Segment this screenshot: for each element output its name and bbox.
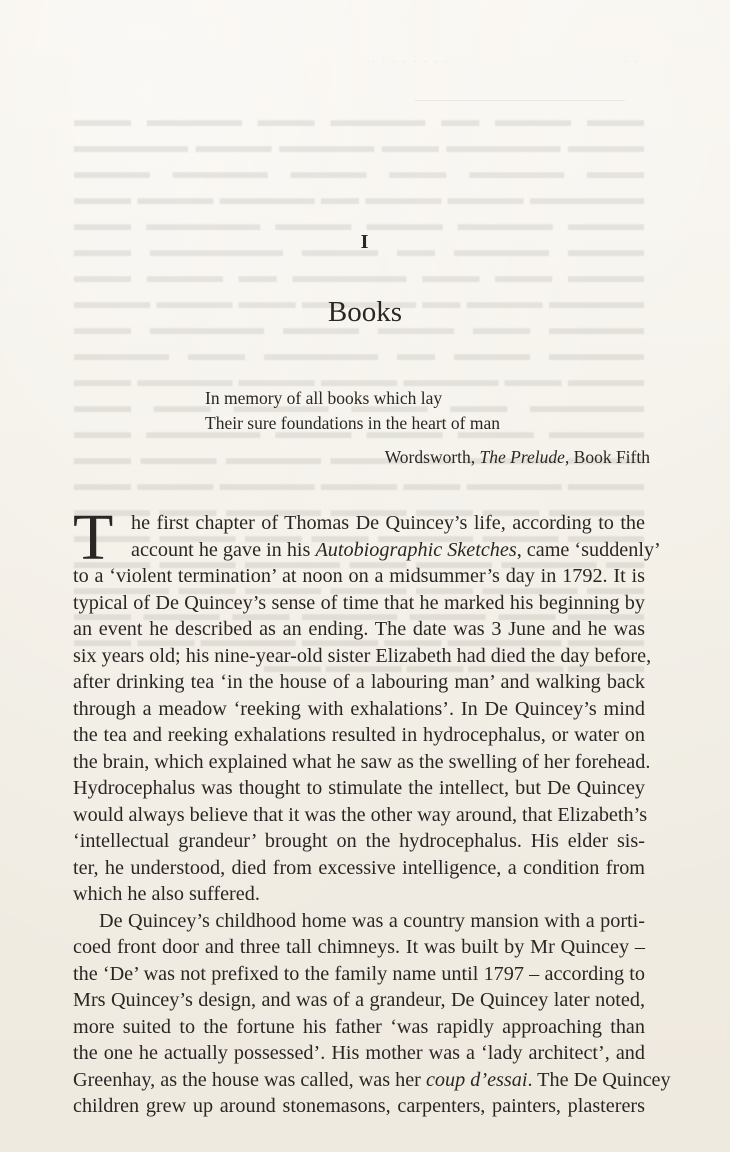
text-line: ‘intellectual grandeur’ brought on the h… bbox=[73, 828, 645, 855]
text-line: children grew up around stonemasons, car… bbox=[73, 1093, 645, 1120]
text-line: the ‘De’ was not prefixed to the family … bbox=[73, 961, 645, 988]
text-line: ter, he understood, died from excessive … bbox=[73, 855, 645, 882]
book-title-italic: Autobiographic Sketches bbox=[315, 539, 516, 561]
attribution-section: , Book Fifth bbox=[565, 447, 650, 467]
foreign-phrase-italic: coup d’essai bbox=[426, 1069, 527, 1091]
text-line: the brain, which explained what he saw a… bbox=[73, 749, 645, 776]
paragraph-2: De Quincey’s childhood home was a countr… bbox=[73, 908, 645, 1120]
epigraph: In memory of all books which lay Their s… bbox=[205, 386, 653, 470]
text-line: which he also suffered. bbox=[73, 881, 645, 908]
text-line: six years old; his nine-year-old sister … bbox=[73, 643, 645, 670]
text-line: typical of De Quincey’s sense of time th… bbox=[73, 590, 645, 617]
text-line: he first chapter of Thomas De Quincey’s … bbox=[73, 510, 645, 537]
text-line: would always believe that it was the oth… bbox=[73, 802, 645, 829]
attribution-work-title: The Prelude bbox=[480, 447, 565, 467]
text-line: through a meadow ‘reeking with exhalatio… bbox=[73, 696, 645, 723]
show-through-rule bbox=[415, 100, 625, 101]
text-line: Hydrocephalus was thought to stimulate t… bbox=[73, 775, 645, 802]
chapter-number: I bbox=[0, 231, 730, 254]
text-line: Greenhay, as the house was called, was h… bbox=[73, 1067, 645, 1094]
text-line: De Quincey’s childhood home was a countr… bbox=[73, 908, 645, 935]
text-line: coed front door and three tall chimneys.… bbox=[73, 934, 645, 961]
book-page: · · · · · · · ·· · ▬▬▬ ▬▬▬▬ ▬▬ ▬▬▬▬▬ ▬▬▬… bbox=[0, 0, 730, 1152]
text-line: more suited to the fortune his father ‘w… bbox=[73, 1014, 645, 1041]
epigraph-attribution: Wordsworth, The Prelude, Book Fifth bbox=[205, 445, 650, 470]
paragraph-1: he first chapter of Thomas De Quincey’s … bbox=[73, 510, 645, 908]
text-line: account he gave in his Autobiographic Sk… bbox=[73, 537, 645, 564]
text-line: the tea and reeking exhalations resulted… bbox=[73, 722, 645, 749]
text-line: to a ‘violent termination’ at noon on a … bbox=[73, 563, 645, 590]
text-line: an event he described as an ending. The … bbox=[73, 616, 645, 643]
text-line: Mrs Quincey’s design, and was of a grand… bbox=[73, 987, 645, 1014]
chapter-body: he first chapter of Thomas De Quincey’s … bbox=[73, 510, 645, 1120]
text-line: after drinking tea ‘in the house of a la… bbox=[73, 669, 645, 696]
text-line: the one he actually possessed’. His moth… bbox=[73, 1040, 645, 1067]
epigraph-line: In memory of all books which lay bbox=[205, 386, 653, 411]
attribution-author: Wordsworth, bbox=[385, 447, 480, 467]
chapter-title: Books bbox=[0, 296, 730, 329]
epigraph-line: Their sure foundations in the heart of m… bbox=[205, 411, 653, 436]
